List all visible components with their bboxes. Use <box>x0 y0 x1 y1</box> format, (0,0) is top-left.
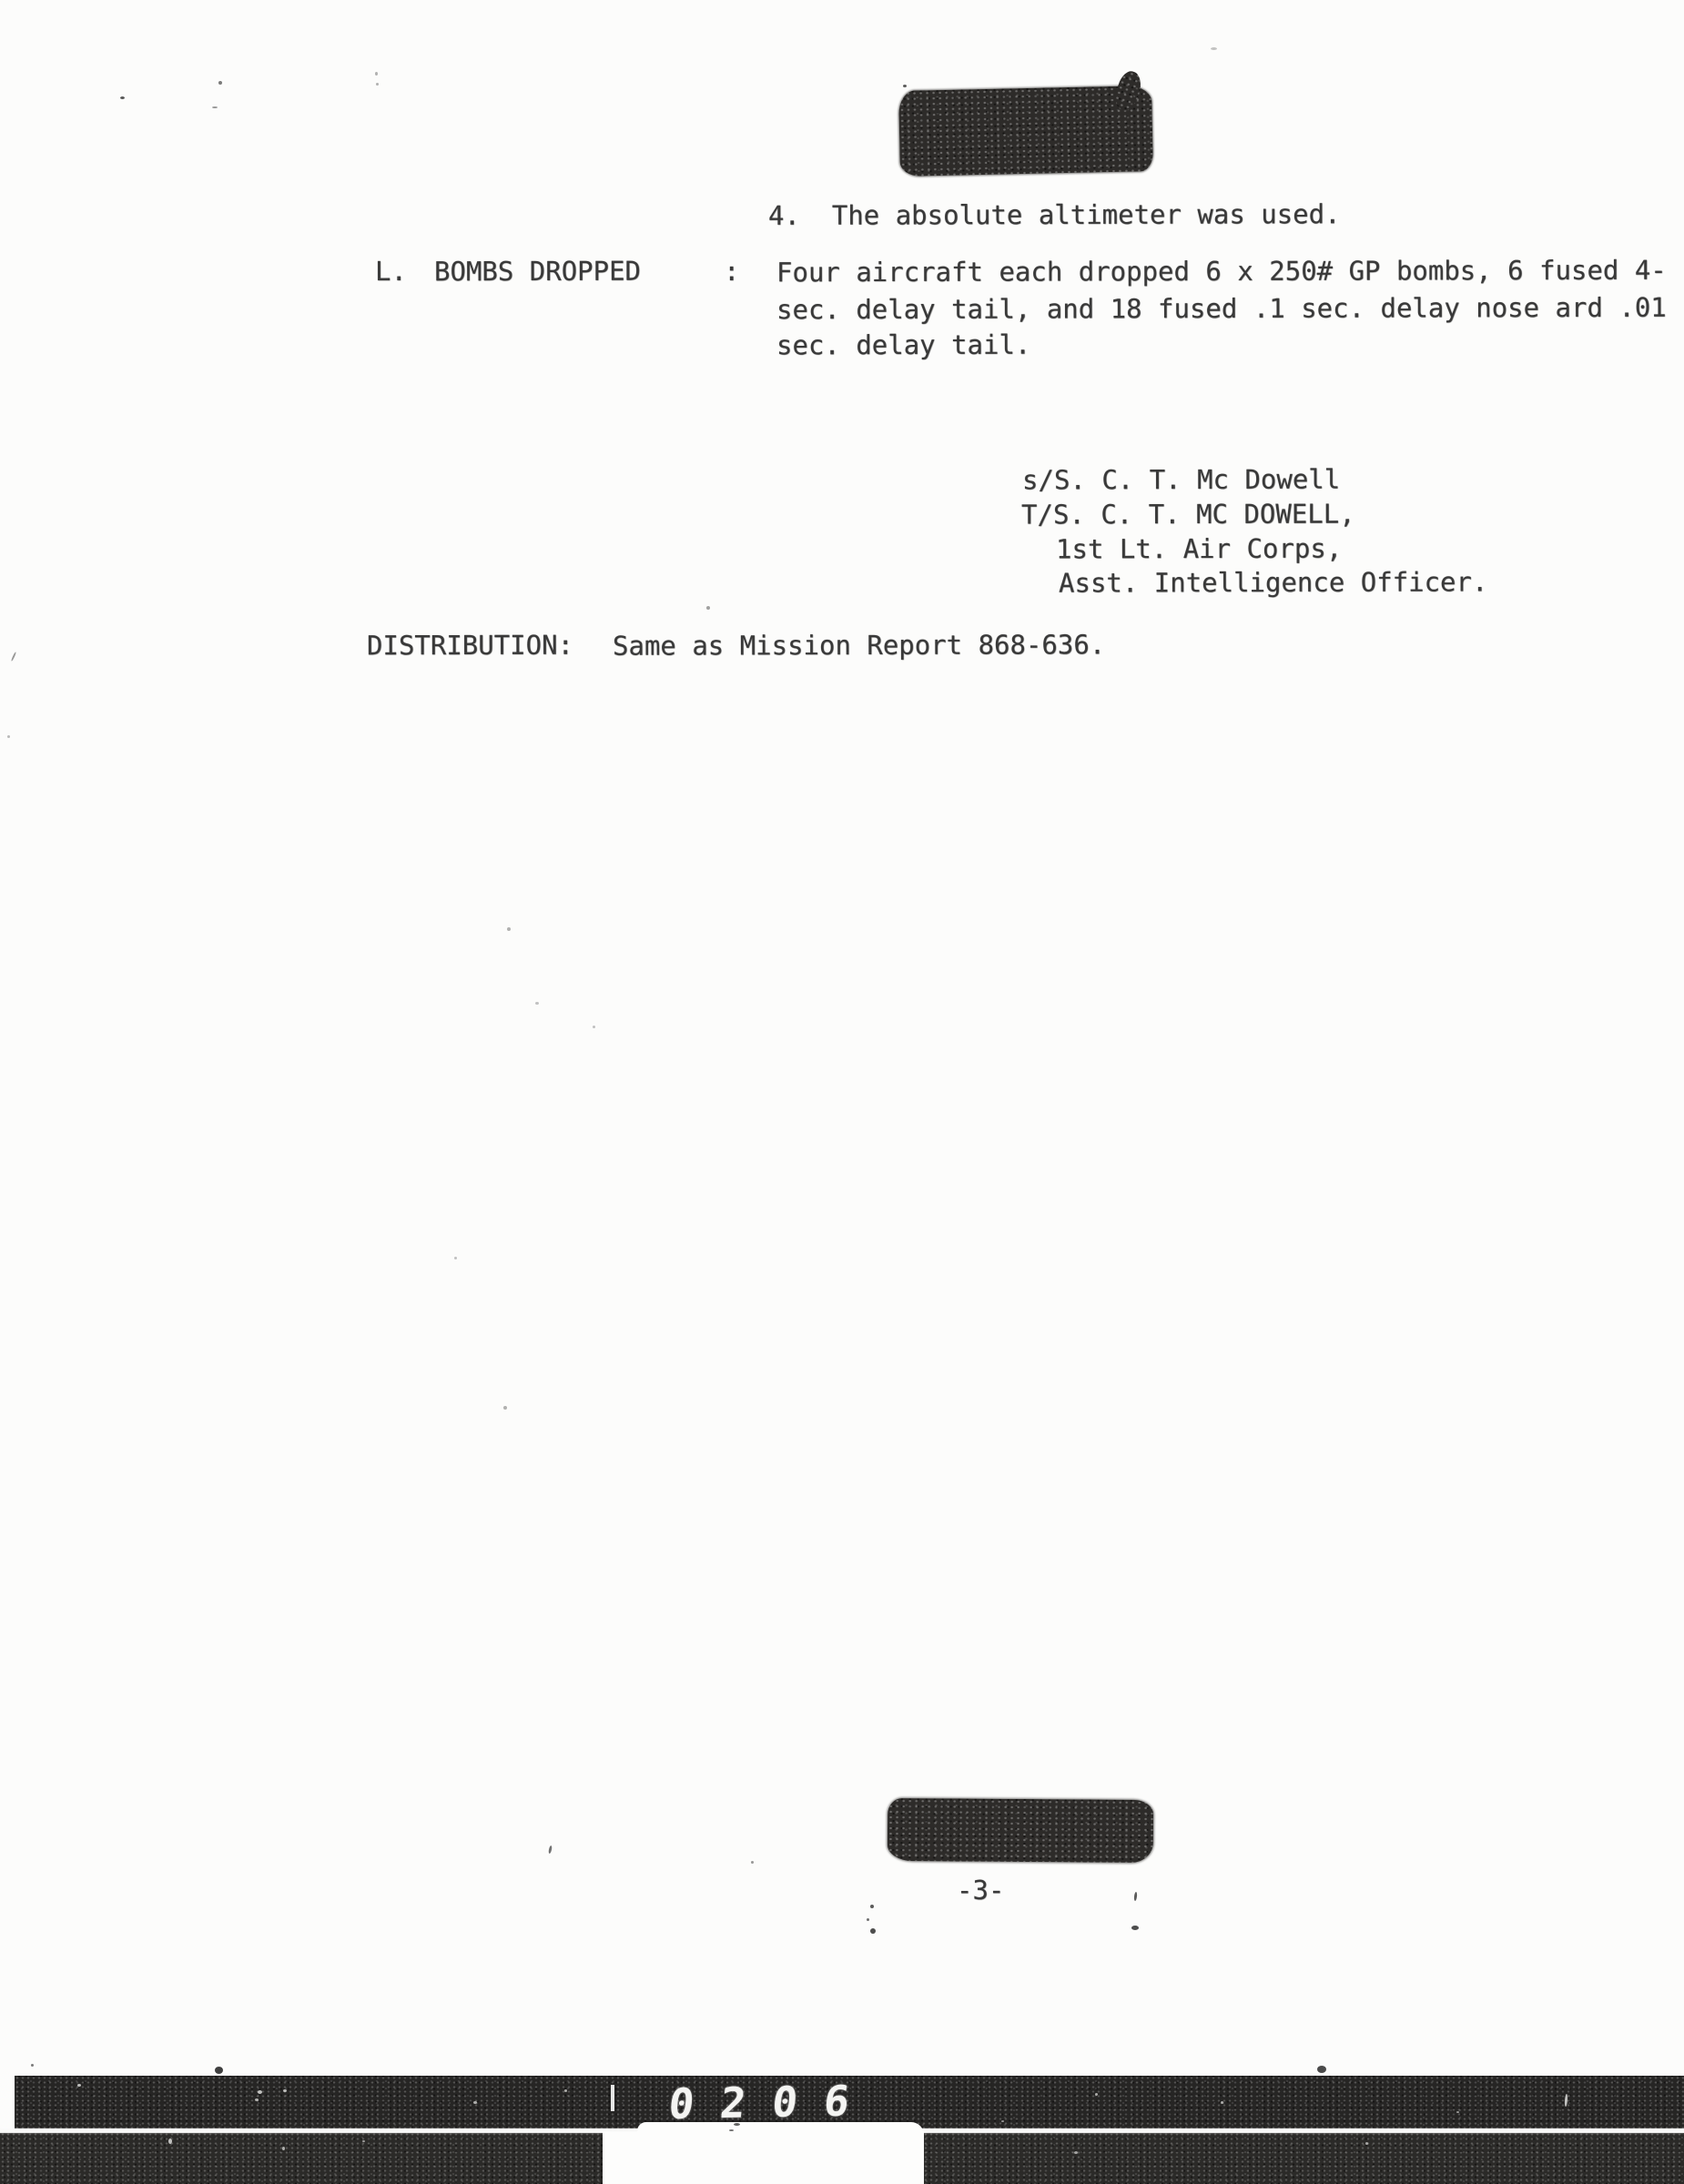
scan-speck <box>218 81 222 85</box>
scan-speck <box>507 927 511 931</box>
scan-speck <box>120 96 125 99</box>
scan-speck <box>1131 1926 1139 1930</box>
scan-speck <box>1565 2094 1568 2107</box>
scan-speck <box>362 2140 365 2142</box>
scan-speck <box>734 2123 740 2126</box>
scan-speck <box>215 2067 223 2074</box>
scan-speck <box>729 2129 734 2131</box>
scan-speck <box>1095 2093 1098 2096</box>
scan-speck <box>168 2138 172 2144</box>
scan-speck <box>751 1861 754 1864</box>
scan-speck <box>454 1257 457 1259</box>
scan-speck <box>376 83 379 86</box>
scan-speck <box>903 85 907 87</box>
scan-speck <box>535 1002 539 1005</box>
scan-speck <box>1317 2066 1326 2073</box>
scan-speck <box>31 2064 34 2067</box>
scan-speck <box>473 2101 477 2104</box>
scan-speck <box>375 72 378 76</box>
scanned-document-page: 4. The absolute altimeter was used. L. B… <box>0 0 1684 2184</box>
scan-speck <box>1365 2142 1368 2145</box>
scan-speck <box>548 1845 553 1854</box>
scan-speck <box>258 2090 262 2094</box>
scan-speck <box>1221 2101 1223 2104</box>
scan-speck <box>867 1918 869 1921</box>
scan-speck <box>77 2084 81 2087</box>
scan-speck <box>1456 2111 1459 2113</box>
scan-speck <box>11 652 16 662</box>
scan-speck <box>1074 2151 1078 2154</box>
scan-speck <box>503 1406 507 1410</box>
scan-speck <box>7 735 10 738</box>
scan-speck <box>1133 1892 1137 1901</box>
scan-speck-layer <box>0 0 1684 2184</box>
scan-speck <box>1001 2120 1004 2122</box>
scan-speck <box>870 1928 876 1934</box>
scan-speck <box>282 2147 285 2150</box>
scan-speck <box>908 95 911 98</box>
scan-speck <box>564 2089 567 2092</box>
scan-speck <box>870 1905 874 1908</box>
scan-speck <box>706 606 710 610</box>
scan-speck <box>593 1026 595 1028</box>
scan-speck <box>1211 47 1217 50</box>
scan-speck <box>283 2089 287 2092</box>
scan-speck <box>212 106 218 108</box>
scan-speck <box>255 2098 259 2101</box>
